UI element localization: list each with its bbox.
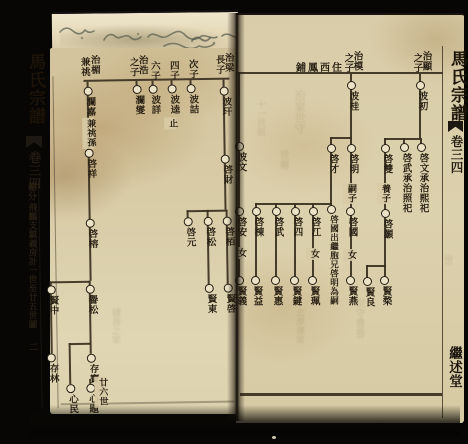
tree-node-label: 啓明 [345, 154, 358, 174]
tree-node-circle [290, 276, 299, 285]
book-gutter [227, 13, 245, 421]
tree-node-circle [346, 207, 355, 216]
tree-node-circle [271, 276, 280, 285]
tree-node-circle [346, 276, 355, 285]
tree-node-label: 啓國出繼胞兄啓明為嗣 [325, 215, 338, 305]
tree-node-label: 啓灝 [379, 219, 392, 239]
tree-node-label: 啓武承治照祀 [398, 153, 411, 213]
ink-bleed-text: 世傳 [277, 150, 288, 170]
tree-node-circle [327, 205, 336, 214]
tree-node-label: 波初 [414, 91, 427, 111]
paper-speck [272, 436, 276, 439]
tree-node-circle [416, 81, 425, 90]
ink-bleed-text: 治家世守 [293, 90, 305, 134]
tree-node-label: 賢楘 [378, 286, 391, 306]
tree-node-label: 賢益 [249, 286, 262, 306]
tree-node-circle [381, 144, 390, 153]
tree-node-circle [381, 209, 390, 218]
tree-node-circle [363, 277, 372, 286]
tree-node-label: 賢珮 [306, 286, 319, 306]
tree-node-circle [308, 276, 317, 285]
tree-node-label: 啓棟 [250, 217, 263, 237]
tree-line [366, 265, 386, 267]
tree-node-circle [400, 143, 409, 152]
ink-bleed-text: 忠厚傳家 [293, 308, 303, 344]
tree-node-circle [347, 144, 356, 153]
tree-node-circle [252, 207, 261, 216]
tree-node-circle [272, 207, 281, 216]
tree-line [240, 393, 442, 396]
tree-node-circle [347, 81, 356, 90]
bottom-shadow [30, 405, 460, 435]
tree-node-circle [417, 143, 426, 152]
tree-node-label: 賢鍵 [288, 286, 301, 306]
tree-node-label: 啓武 [270, 217, 283, 237]
ink-bleed-text: 世守書香 [353, 298, 364, 338]
tree-node-circle [291, 207, 300, 216]
tree-node-label: 賢惠 [269, 286, 282, 306]
tree-node-circle [309, 207, 318, 216]
tree-node-label: 啓江 [307, 217, 320, 237]
relation-note: 養子 [377, 183, 389, 204]
ink-bleed-text: 世 [441, 255, 452, 265]
relation-note: 女 [343, 249, 355, 261]
tree-line [442, 46, 443, 418]
tree-node-circle [327, 144, 336, 153]
tree-line [330, 137, 352, 139]
tree-node-label: 啓雙 [379, 154, 392, 174]
tree-node-label: 波桂 [345, 91, 358, 111]
column-header: 之子 [340, 53, 353, 73]
relation-note: 女 [306, 248, 318, 260]
tree-node-label: 啓四 [289, 217, 302, 237]
tree-node-label: 啓才 [325, 154, 338, 174]
tree-node-label: 啓國 [344, 217, 357, 237]
column-header: 之子 [409, 53, 422, 73]
relation-note: 嗣子 [343, 183, 355, 204]
tree-node-circle [380, 276, 389, 285]
ink-bleed-text: 積善之家 [109, 308, 119, 344]
ink-bleed-text: 十一世祖 [254, 100, 264, 136]
tree-node-label: 啓文承治熙祀 [415, 153, 428, 213]
tree-node-circle [251, 276, 260, 285]
book-scan-photo: 馬氏宗譜 卷三四 德分 飛鵬支鎮義房計一世至廿五世圖 二 馬氏宗譜 卷三四 繼述… [0, 0, 468, 444]
